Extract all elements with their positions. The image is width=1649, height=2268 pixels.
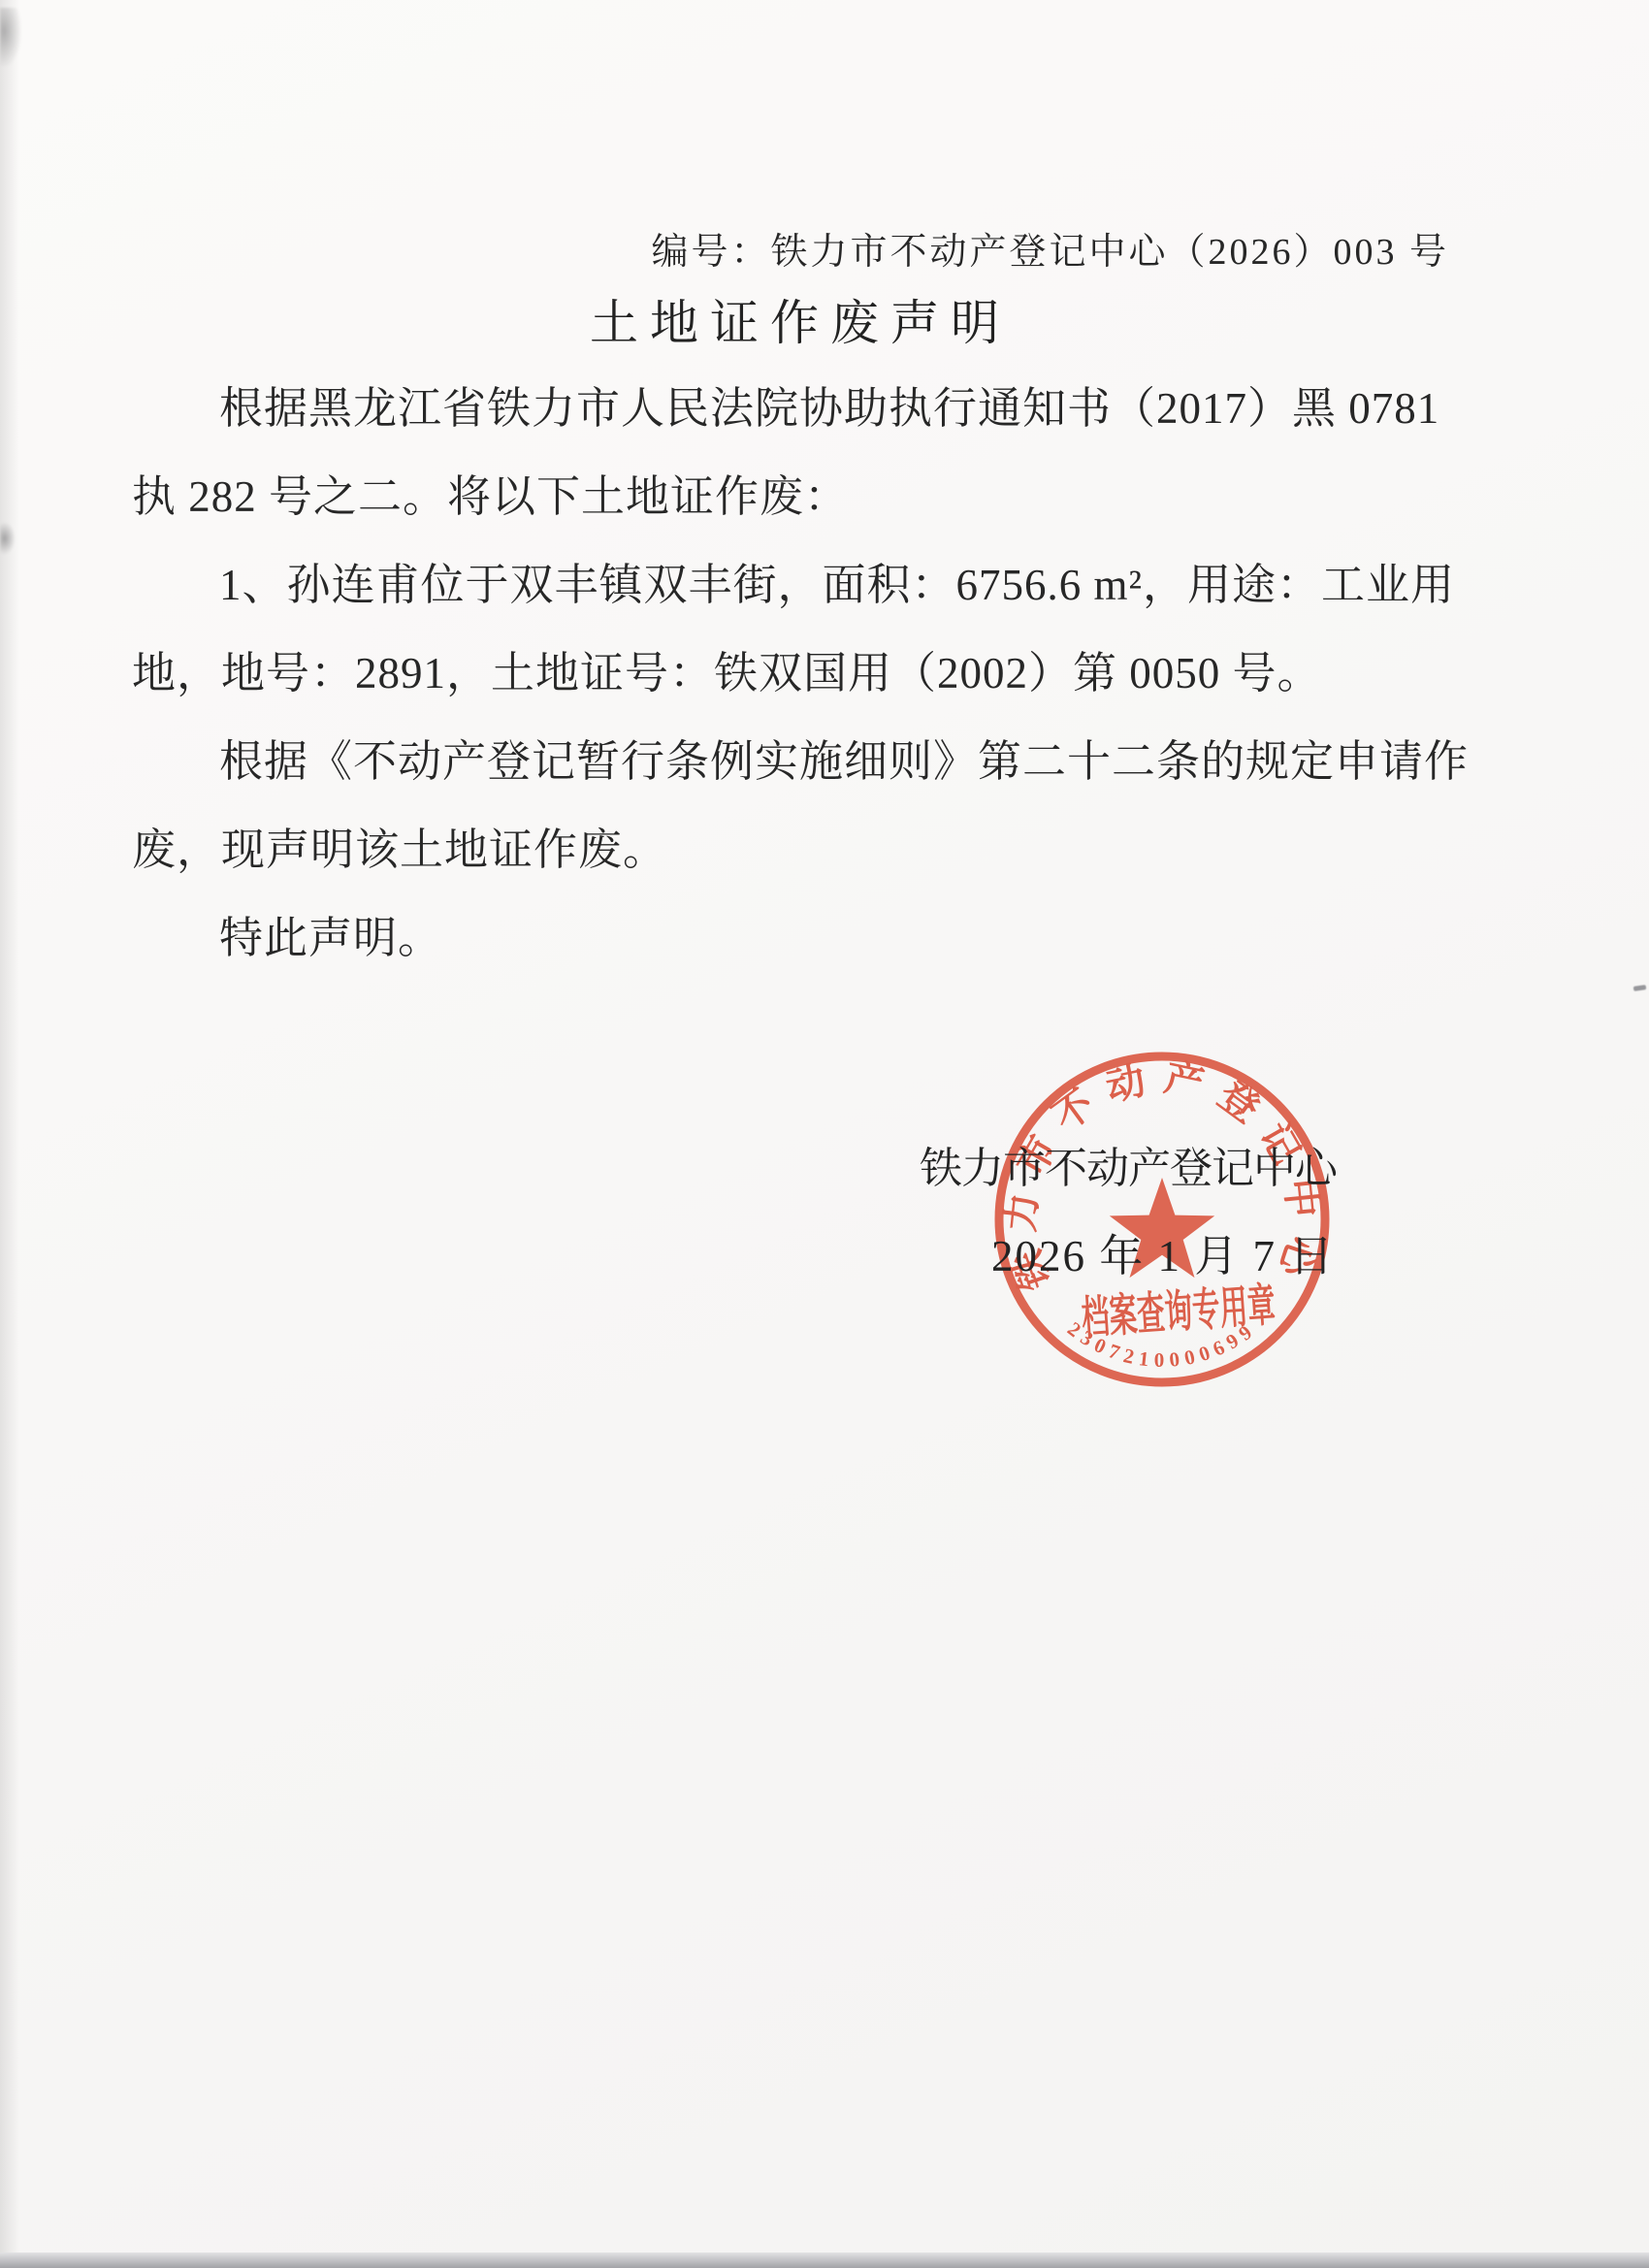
issue-date: 2026 年 1 月 7 日 bbox=[991, 1220, 1335, 1283]
scan-smudge-top-left bbox=[0, 8, 21, 66]
body-line: 特此声明。 bbox=[132, 894, 1461, 983]
body-line: 废，现声明该土地证作废。 bbox=[132, 806, 1461, 894]
scanned-document-page: 编号：铁力市不动产登记中心（2026）003 号 土地证作废声明 根据黑龙江省铁… bbox=[0, 0, 1649, 2268]
body-line: 地，地号：2891，土地证号：铁双国用（2002）第 0050 号。 bbox=[132, 630, 1461, 718]
issuer-signature: 铁力市不动产登记中心 bbox=[920, 1133, 1337, 1195]
scan-mark-right bbox=[1633, 985, 1647, 991]
scan-edge-shadow bbox=[0, 0, 19, 2268]
document-body: 根据黑龙江省铁力市人民法院协助执行通知书（2017）黑 0781 执 282 号… bbox=[132, 365, 1461, 983]
scan-bottom-edge bbox=[0, 2252, 1649, 2268]
document-title: 土地证作废声明 bbox=[590, 284, 1011, 354]
reference-number: 编号：铁力市不动产登记中心（2026）003 号 bbox=[651, 221, 1449, 275]
body-line: 根据《不动产登记暂行条例实施细则》第二十二条的规定申请作 bbox=[132, 718, 1461, 806]
scan-smudge-left bbox=[0, 522, 16, 555]
body-line: 执 282 号之二。将以下土地证作废： bbox=[132, 453, 1461, 541]
official-seal-stamp-icon: 铁力市不动产登记中心 档案查询专用章 2307210000699 bbox=[989, 1047, 1335, 1392]
body-line: 根据黑龙江省铁力市人民法院协助执行通知书（2017）黑 0781 bbox=[132, 365, 1461, 453]
body-line: 1、孙连甫位于双丰镇双丰街，面积：6756.6 m²，用途：工业用 bbox=[132, 541, 1461, 630]
